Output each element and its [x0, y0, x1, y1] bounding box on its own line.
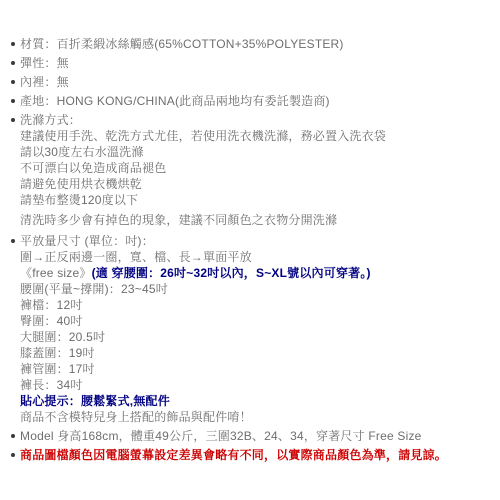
measurement-line: 大腿圍：20.5吋: [11, 329, 494, 345]
free-size-detail: (適 穿腰圍：26吋~32吋以內，S~XL號以內可穿著。): [92, 266, 371, 280]
washing-heading-text: 洗滌方式：: [20, 113, 81, 127]
elasticity-text: 彈性：無: [20, 56, 69, 70]
fit-tip-text: 貼心提示：腰鬆緊式,無配件: [20, 394, 170, 408]
washing-instruction: 請墊布整燙120度以下: [11, 192, 494, 208]
measurement-line: 臀圍：40吋: [11, 313, 494, 329]
washing-heading: 洗滌方式：: [11, 112, 494, 128]
measurements-heading-text: 平放量尺寸 (單位：吋)：: [20, 234, 154, 248]
lining-line: 內裡：無: [11, 74, 494, 90]
model-info-text: Model 身高168cm，體重49公斤，三圍32B、24、34，穿著尺寸 Fr…: [20, 429, 422, 443]
measurement-text: 臀圍：40吋: [20, 314, 83, 328]
color-disclaimer-text: 商品圖檔顏色因電腦螢幕設定差異會略有不同，以實際商品顏色為準，請見諒。: [20, 448, 447, 462]
washing-instruction-text: 請墊布整燙120度以下: [20, 193, 138, 207]
origin-text: 產地：HONG KONG/CHINA(此商品兩地均有委託製造商): [20, 94, 330, 108]
lining-text: 內裡：無: [20, 75, 69, 89]
material-line: 材質：百折柔緞冰絲觸感(65%COTTON+35%POLYESTER): [11, 36, 494, 52]
washing-instruction: 建議使用手洗、乾洗方式尤佳，若使用洗衣機洗滌，務必置入洗衣袋: [11, 128, 494, 144]
measurement-text: 大腿圍：20.5吋: [20, 330, 105, 344]
free-size-prefix: 《free size》: [20, 266, 92, 280]
material-text: 材質：百折柔緞冰絲觸感(65%COTTON+35%POLYESTER): [20, 37, 344, 51]
washing-instruction: 清洗時多少會有掉色的現象，建議不同顏色之衣物分開洗滌: [11, 212, 494, 228]
washing-instruction-text: 建議使用手洗、乾洗方式尤佳，若使用洗衣機洗滌，務必置入洗衣袋: [20, 129, 386, 143]
accessories-note: 商品不含模特兒身上搭配的飾品與配件唷！: [11, 409, 494, 425]
bullet-icon: [11, 239, 15, 243]
accessories-note-text: 商品不含模特兒身上搭配的飾品與配件唷！: [20, 410, 252, 424]
measurement-line: 褲檔：12吋: [11, 297, 494, 313]
model-info-line: Model 身高168cm，體重49公斤，三圍32B、24、34，穿著尺寸 Fr…: [11, 428, 494, 444]
washing-instruction-text: 清洗時多少會有掉色的現象，建議不同顏色之衣物分開洗滌: [20, 213, 337, 227]
washing-instruction-text: 請避免使用烘衣機烘乾: [20, 177, 142, 191]
bullet-icon: [11, 42, 15, 46]
bullet-icon: [11, 99, 15, 103]
washing-instruction: 請避免使用烘衣機烘乾: [11, 176, 494, 192]
measurement-line: 褲管圍：17吋: [11, 361, 494, 377]
bullet-icon: [11, 453, 15, 457]
measurement-note-text: 圍→正反兩邊一圈，寬、檔、長→單面平放: [20, 250, 252, 264]
washing-instruction-text: 不可漂白以免造成商品褪色: [20, 161, 166, 175]
free-size-line: 《free size》(適 穿腰圍：26吋~32吋以內，S~XL號以內可穿著。): [11, 265, 494, 281]
measurement-line: 褲長：34吋: [11, 377, 494, 393]
measurements-heading: 平放量尺寸 (單位：吋)：: [11, 233, 494, 249]
product-description: 材質：百折柔緞冰絲觸感(65%COTTON+35%POLYESTER) 彈性：無…: [11, 36, 494, 463]
measurement-text: 褲檔：12吋: [20, 298, 83, 312]
washing-instruction-text: 請以30度左右水溫洗滌: [20, 145, 144, 159]
bullet-icon: [11, 61, 15, 65]
elasticity-line: 彈性：無: [11, 55, 494, 71]
origin-line: 產地：HONG KONG/CHINA(此商品兩地均有委託製造商): [11, 93, 494, 109]
washing-instruction: 請以30度左右水溫洗滌: [11, 144, 494, 160]
measurement-line: 腰圍(平量~撐開)：23~45吋: [11, 281, 494, 297]
measurement-text: 膝蓋圍：19吋: [20, 346, 95, 360]
washing-instruction: 不可漂白以免造成商品褪色: [11, 160, 494, 176]
bullet-icon: [11, 80, 15, 84]
measurement-text: 腰圍(平量~撐開)：23~45吋: [20, 282, 168, 296]
measurement-text: 褲長：34吋: [20, 378, 83, 392]
bullet-icon: [11, 118, 15, 122]
measurement-note: 圍→正反兩邊一圈，寬、檔、長→單面平放: [11, 249, 494, 265]
fit-tip: 貼心提示：腰鬆緊式,無配件: [11, 393, 494, 409]
color-disclaimer-line: 商品圖檔顏色因電腦螢幕設定差異會略有不同，以實際商品顏色為準，請見諒。: [11, 447, 494, 463]
bullet-icon: [11, 434, 15, 438]
measurement-line: 膝蓋圍：19吋: [11, 345, 494, 361]
measurement-text: 褲管圍：17吋: [20, 362, 95, 376]
